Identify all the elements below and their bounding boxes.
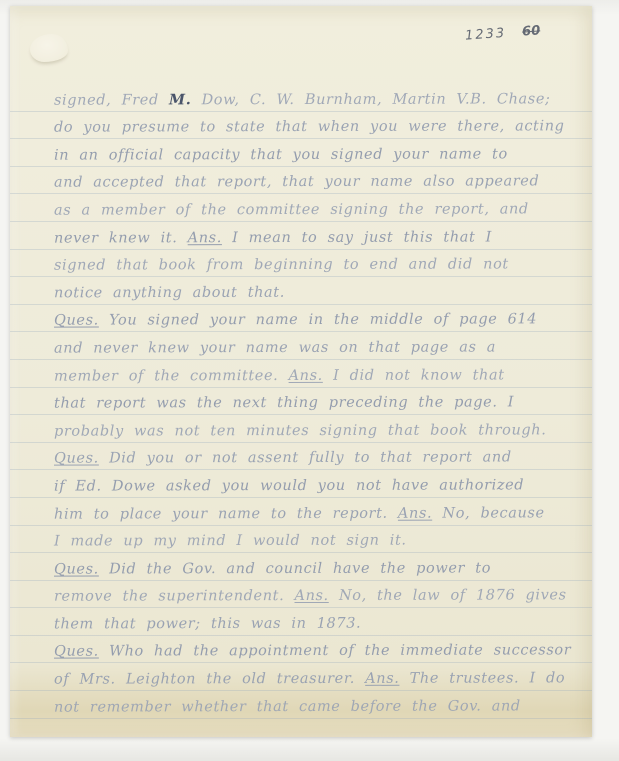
handwritten-line: member of the committee. Ans. I did not … <box>54 367 505 384</box>
ruled-line: I made up my mind I would not sign it. <box>10 526 592 554</box>
ruled-line: as a member of the committee signing the… <box>10 194 592 222</box>
handwritten-line: notice anything about that. <box>54 284 285 301</box>
handwritten-line: probably was not ten minutes signing tha… <box>54 422 546 439</box>
handwritten-line: that report was the next thing preceding… <box>54 395 514 412</box>
ruled-line: and accepted that report, that your name… <box>10 167 592 195</box>
ruled-line: do you presume to state that when you we… <box>10 112 592 140</box>
ruled-line: Ques. Did the Gov. and council have the … <box>10 553 592 581</box>
ruled-line: if Ed. Dowe asked you would you not have… <box>10 470 592 498</box>
handwritten-line: and never knew your name was on that pag… <box>54 339 496 356</box>
handwritten-line: remove the superintendent. Ans. No, the … <box>54 588 567 605</box>
ruled-line: in an official capacity that you signed … <box>10 139 592 167</box>
ruled-line: that report was the next thing preceding… <box>10 388 592 416</box>
ruled-line: never knew it. Ans. I mean to say just t… <box>10 222 592 250</box>
handwritten-line: do you presume to state that when you we… <box>54 119 565 136</box>
page-number-annotation: 1233 60 <box>464 23 540 43</box>
scan-background: 1233 60 signed, Fred M. Dow, C. W. Burnh… <box>0 0 619 761</box>
ruled-line: notice anything about that. <box>10 277 592 305</box>
ruled-line: probably was not ten minutes signing tha… <box>10 415 592 443</box>
handwritten-line: of Mrs. Leighton the old treasurer. Ans.… <box>54 670 565 687</box>
handwritten-line: and accepted that report, that your name… <box>54 174 539 191</box>
ruled-line: remove the superintendent. Ans. No, the … <box>10 581 592 609</box>
ruled-line: him to place your name to the report. An… <box>10 498 592 526</box>
ruled-line: them that power; this was in 1873. <box>10 608 592 636</box>
handwritten-line: not remember whether that came before th… <box>54 698 521 715</box>
handwritten-line: in an official capacity that you signed … <box>54 146 508 163</box>
handwritten-line: Ques. Did the Gov. and council have the … <box>54 560 491 577</box>
crossed-out-number: 60 <box>521 23 540 39</box>
ruled-line: Ques. Did you or not assent fully to tha… <box>10 443 592 471</box>
handwritten-line: them that power; this was in 1873. <box>54 615 361 632</box>
ruled-line: and never knew your name was on that pag… <box>10 332 592 360</box>
handwritten-line: Ques. Who had the appointment of the imm… <box>54 643 571 660</box>
handwritten-line: signed, Fred M. Dow, C. W. Burnham, Mart… <box>54 90 551 108</box>
handwritten-text-block: signed, Fred M. Dow, C. W. Burnham, Mart… <box>10 84 592 719</box>
ruled-line: signed that book from beginning to end a… <box>10 250 592 278</box>
ruled-line: Ques. Who had the appointment of the imm… <box>10 636 592 664</box>
handwritten-line: never knew it. Ans. I mean to say just t… <box>54 229 492 246</box>
handwritten-line: Ques. You signed your name in the middle… <box>54 312 537 329</box>
scanned-page: 1233 60 signed, Fred M. Dow, C. W. Burnh… <box>10 6 592 737</box>
handwritten-line: signed that book from beginning to end a… <box>54 257 509 274</box>
ruled-line: not remember whether that came before th… <box>10 691 592 719</box>
ruled-line: signed, Fred M. Dow, C. W. Burnham, Mart… <box>10 84 592 112</box>
handwritten-line: as a member of the committee signing the… <box>54 201 529 218</box>
ruled-line: member of the committee. Ans. I did not … <box>10 360 592 388</box>
handwritten-line: if Ed. Dowe asked you would you not have… <box>54 477 524 494</box>
handwritten-line: Ques. Did you or not assent fully to tha… <box>54 450 512 467</box>
ruled-line: Ques. You signed your name in the middle… <box>10 305 592 333</box>
paper-tear-blemish <box>30 34 68 62</box>
page-number: 1233 <box>464 26 506 44</box>
handwritten-line: I made up my mind I would not sign it. <box>54 533 407 550</box>
ruled-line: of Mrs. Leighton the old treasurer. Ans.… <box>10 663 592 691</box>
handwritten-line: him to place your name to the report. An… <box>54 505 545 522</box>
